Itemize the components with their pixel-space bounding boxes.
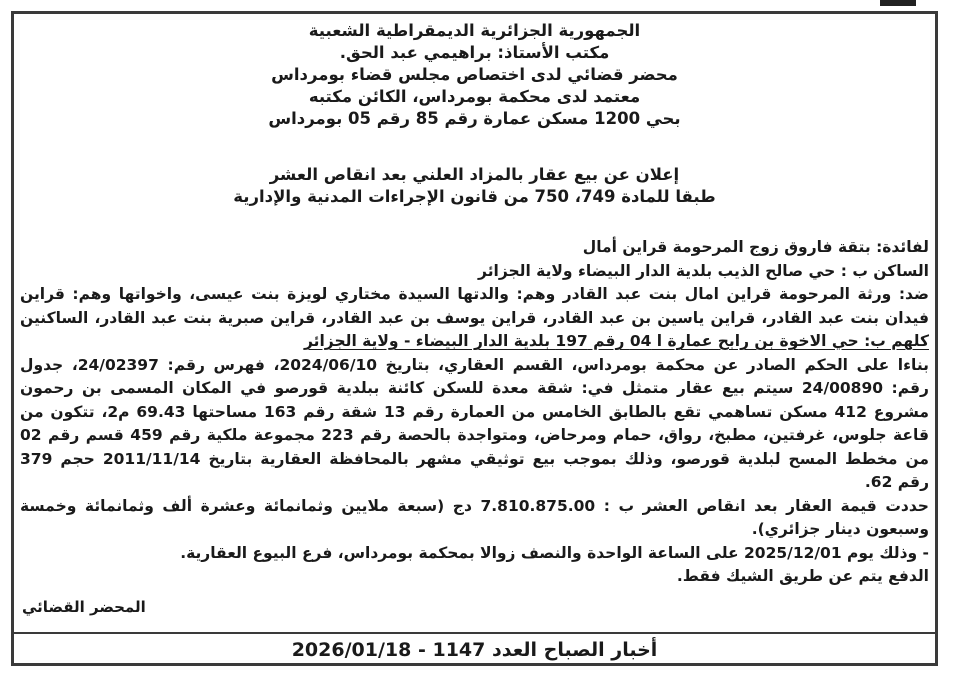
payment-line: الدفع يتم عن طريق الشيك فقط. <box>20 565 929 589</box>
against-line: فيدان بنت عبد القادر، قراين ياسين بن عبد… <box>20 307 929 331</box>
beneficiary-address: الساكن ب : حي صالح الذيب بلدية الدار الب… <box>20 260 929 284</box>
scan-artifact <box>880 0 916 6</box>
header-address: بحي 1200 مسكن عمارة رقم 85 رقم 05 بومردا… <box>14 108 935 130</box>
against-line: كلهم ب: حي الاخوة بن رابح عمارة ا 04 رقم… <box>20 330 929 354</box>
announcement-title: إعلان عن بيع عقار بالمزاد العلني بعد انق… <box>14 164 935 186</box>
property-line: رقم 62. <box>20 471 929 495</box>
property-line: مشروع 412 مسكن تساهمي تقع بالطابق الخامس… <box>20 401 929 425</box>
legal-notice-box: الجمهورية الجزائرية الديمقراطية الشعبية … <box>11 11 938 666</box>
bailiff-signature: المحضر القضائي <box>22 598 146 616</box>
footer-divider <box>14 632 935 634</box>
header-office: مكتب الأستاذ: براهيمي عبد الحق. <box>14 42 935 64</box>
property-line: بناءا على الحكم الصادر عن محكمة بومرداس،… <box>20 354 929 378</box>
beneficiary: لفائدة: بتقة فاروق زوج المرحومة قراين أم… <box>20 236 929 260</box>
price-line: حددت قيمة العقار بعد انقاص العشر ب : 7.8… <box>20 495 929 519</box>
notice-body: لفائدة: بتقة فاروق زوج المرحومة قراين أم… <box>20 236 929 589</box>
header-accreditation: معتمد لدى محكمة بومرداس، الكائن مكتبه <box>14 86 935 108</box>
sale-date-line: - وذلك يوم 2025/12/01 على الساعة الواحدة… <box>20 542 929 566</box>
publication-footer: أخبار الصباح العدد 1147 - 2026/01/18 <box>14 637 935 663</box>
against-line: ضد: ورثة المرحومة قراين امال بنت عبد الق… <box>20 283 929 307</box>
price-line: وسبعون دينار جزائري). <box>20 518 929 542</box>
announcement-legal-basis: طبقا للمادة 749، 750 من قانون الإجراءات … <box>14 186 935 208</box>
property-line: قاعة جلوس، غرفتين، مطبخ، رواق، حمام ومرح… <box>20 424 929 448</box>
property-line: من مخطط المسح لبلدية قورصو، وذلك بموجب ب… <box>20 448 929 472</box>
header-bailiff-jurisdiction: محضر قضائي لدى اختصاص مجلس قضاء بومرداس <box>14 64 935 86</box>
announcement-title-block: إعلان عن بيع عقار بالمزاد العلني بعد انق… <box>14 164 935 208</box>
notice-header: الجمهورية الجزائرية الديمقراطية الشعبية … <box>14 20 935 130</box>
header-republic: الجمهورية الجزائرية الديمقراطية الشعبية <box>14 20 935 42</box>
property-line: رقم: 24/00890 سيتم بيع عقار متمثل في: شق… <box>20 377 929 401</box>
